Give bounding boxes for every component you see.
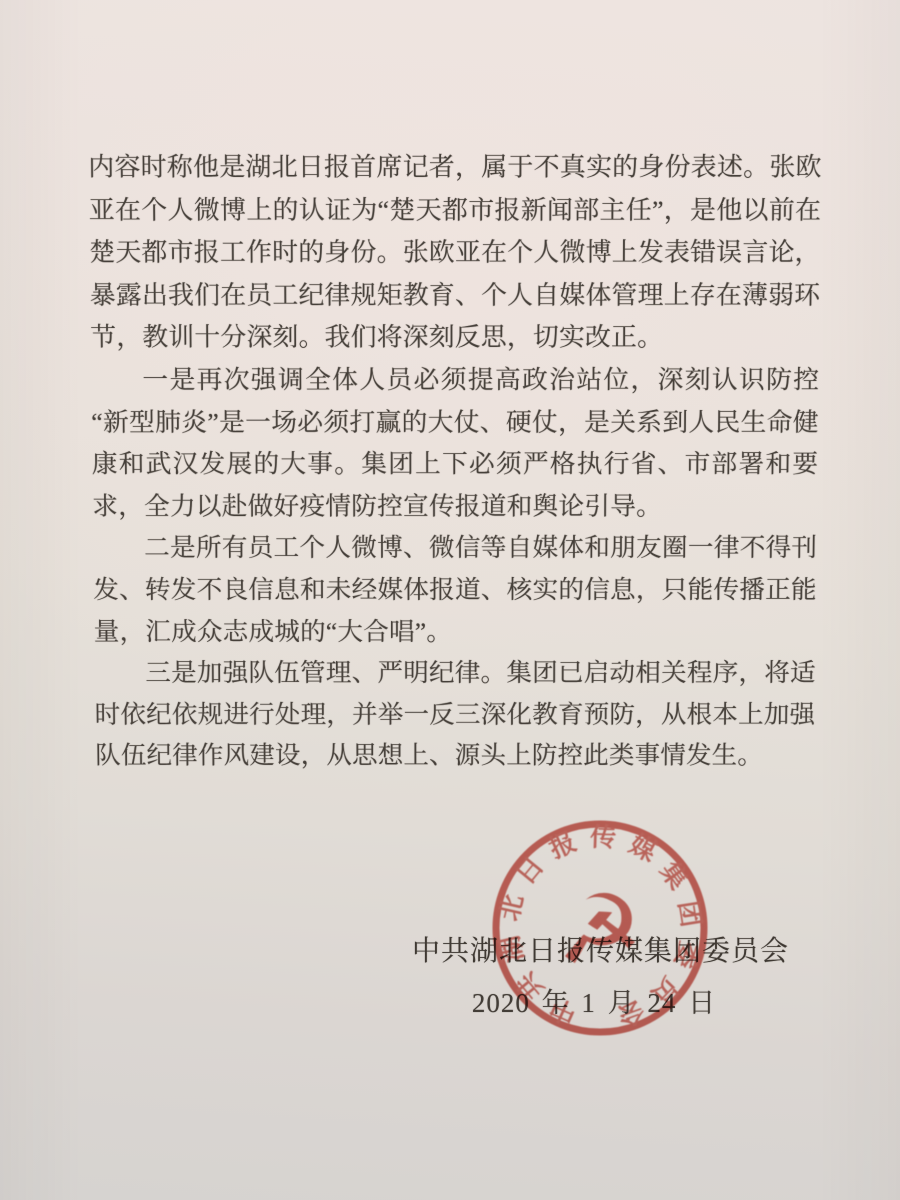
seal-character: 团 bbox=[673, 899, 706, 929]
body-paragraph-3: 二是所有员工个人微博、微信等自媒体和朋友圈一律不得刊发、转发不良信息和未经媒体报… bbox=[92, 527, 817, 652]
body-paragraph-2: 一是再次强调全体人员必须提高政治站位，深刻认识防控“新型肺炎”是一场必须打赢的大… bbox=[91, 359, 820, 527]
seal-character: 共 bbox=[511, 966, 550, 1005]
body-paragraph-4: 三是加强队伍管理、严明纪律。集团已启动相关程序，将适时依纪依规进行处理，并举一反… bbox=[94, 653, 816, 777]
seal-character: 委 bbox=[669, 938, 704, 971]
seal-character: 北 bbox=[495, 892, 529, 924]
hammer-sickle-icon: ☭ bbox=[557, 874, 643, 986]
letter-body: 内容时称他是湖北日报首席记者，属于不真实的身份表述。张欧亚在个人微博上的认证为“… bbox=[88, 146, 822, 777]
seal-character: 日 bbox=[511, 851, 550, 890]
seal-character: 媒 bbox=[625, 829, 662, 868]
document-photo: 内容时称他是湖北日报首席记者，属于不真实的身份表述。张欧亚在个人微博上的认证为“… bbox=[0, 0, 900, 1200]
seal-character: 员 bbox=[645, 971, 685, 1011]
body-paragraph-1: 内容时称他是湖北日报首席记者，属于不真实的身份表述。张欧亚在个人微博上的认证为“… bbox=[88, 146, 822, 359]
seal-character: 中 bbox=[545, 992, 581, 1029]
official-seal: ☭ 中共湖北日报传媒集团委员会 bbox=[484, 812, 716, 1044]
seal-character: 集 bbox=[654, 856, 694, 895]
seal-character: 报 bbox=[544, 826, 580, 864]
seal-character: 传 bbox=[590, 822, 617, 853]
